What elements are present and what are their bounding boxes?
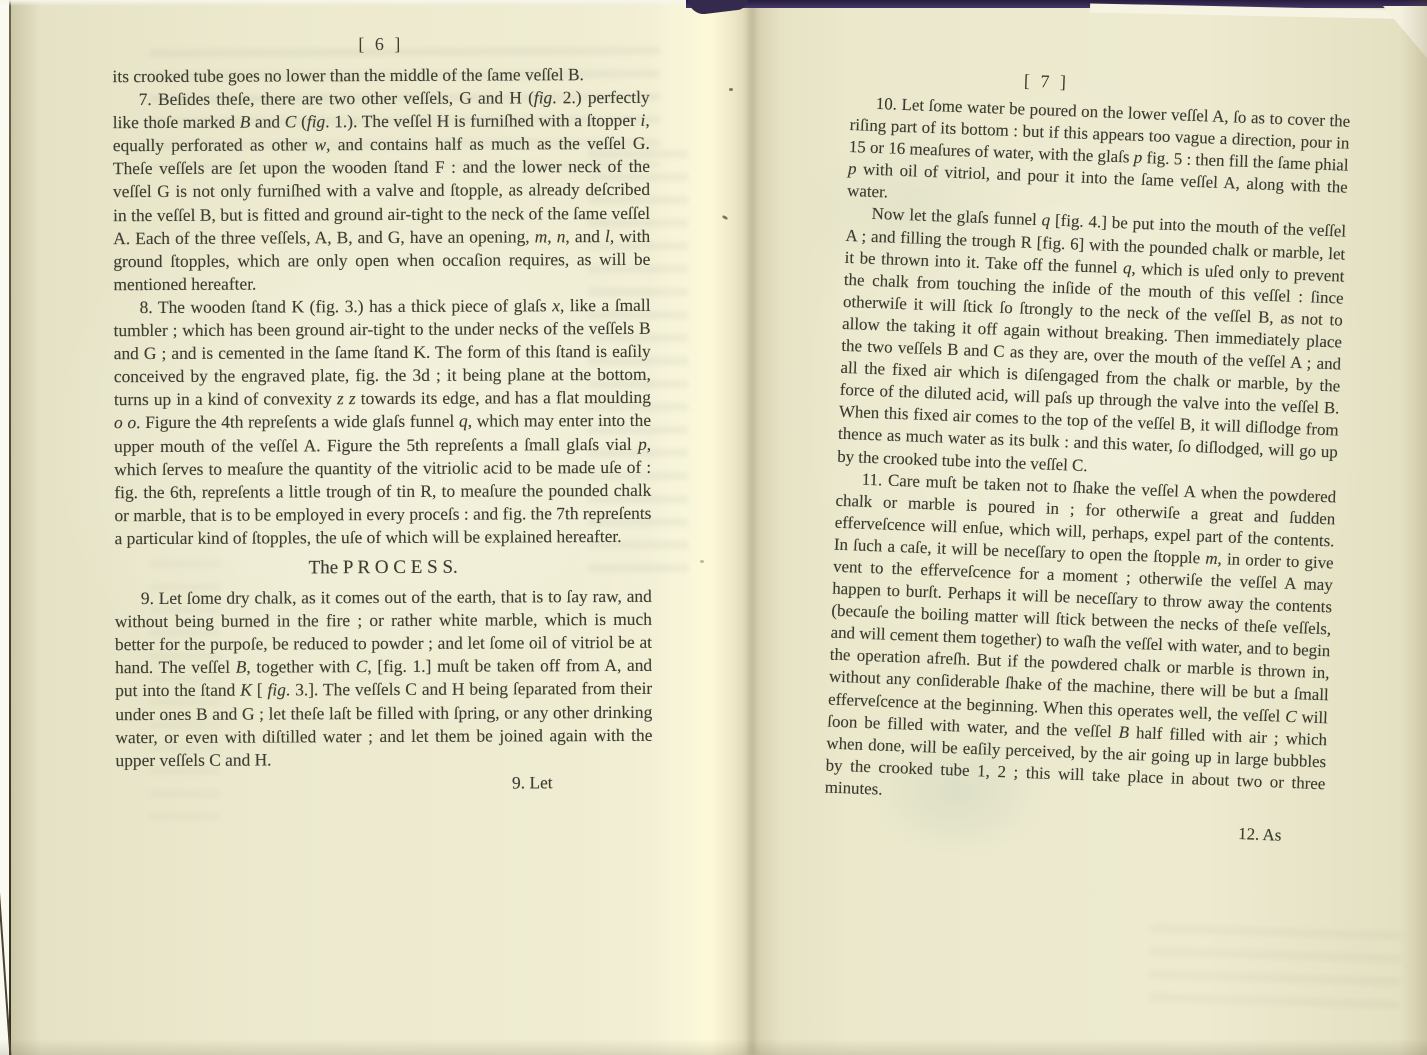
scan-border-left (0, 0, 9, 1055)
right-page-text-block: 10. Let ſome water be poured on the lowe… (823, 92, 1350, 848)
gutter-fold-shadow (748, 0, 755, 1055)
page-number-left: [ 6 ] (112, 33, 649, 56)
paragraph-now: Now let the glaſs funnel q [fig. 4.] be … (837, 202, 1347, 486)
page-edge-shadow-right (1399, 0, 1427, 1055)
paragraph-10: 10. Let ſome water be poured on the lowe… (847, 92, 1351, 221)
page-edge-shadow-left (11, 0, 41, 1055)
section-heading-process: The P R O C E S S. (115, 555, 652, 580)
scan-shadow-bottom (0, 1039, 1427, 1055)
catchword-left: 9. Let (116, 771, 653, 796)
right-page: [ 7 ] 10. Let ſome water be poured on th… (823, 64, 1351, 848)
paragraph-8: 8. The wooden ſtand K (fig. 3.) has a th… (113, 294, 651, 550)
paragraph-9: 9. Let ſome dry chalk, as it comes out o… (115, 585, 653, 772)
paper-speck (729, 88, 733, 91)
paragraph-7: 7. Beſides theſe, there are two other ve… (113, 86, 651, 296)
book-scan: [ 6 ] its crooked tube goes no lower tha… (0, 0, 1427, 1055)
paper-speck (700, 560, 704, 563)
left-page-text-block: its crooked tube goes no lower than the … (112, 63, 652, 796)
paragraph-11: 11. Care muſt be taken not to ſhake the … (824, 467, 1336, 817)
scan-border-top (0, 0, 700, 6)
paragraph-continuation: its crooked tube goes no lower than the … (112, 63, 649, 88)
show-through-text (1149, 924, 1402, 1017)
scan-dark-strip-top (686, 0, 1427, 8)
left-page: [ 6 ] its crooked tube goes no lower tha… (112, 33, 652, 796)
